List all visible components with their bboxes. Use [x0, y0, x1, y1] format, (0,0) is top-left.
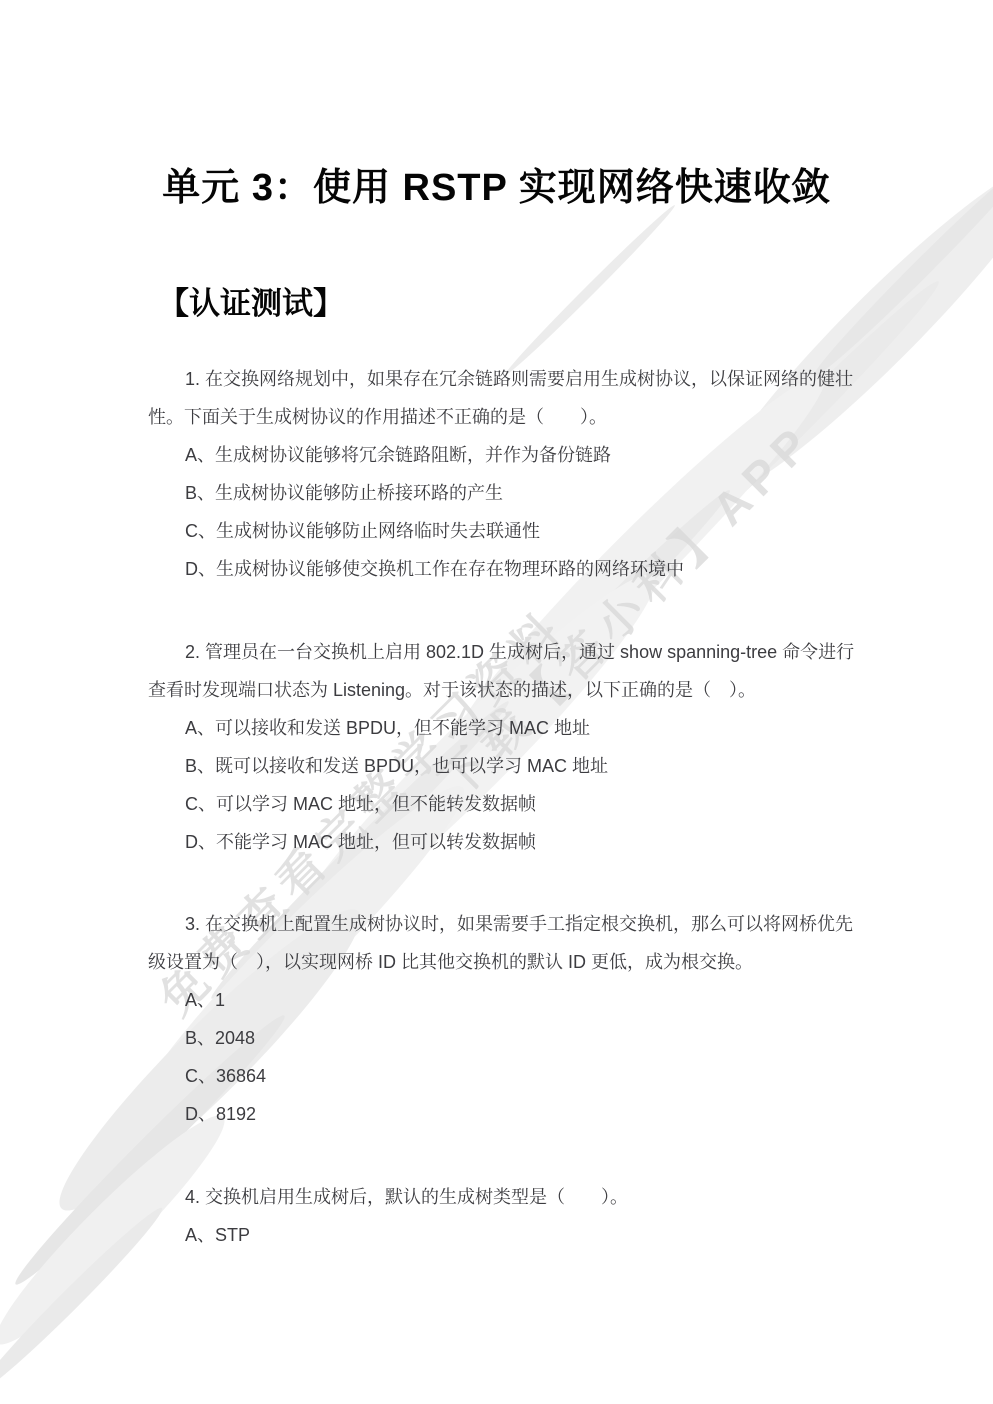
- question-3-option-b: B、2048: [148, 1019, 860, 1057]
- question-1-stem-line-1: 1. 在交换网络规划中，如果存在冗余链路则需要启用生成树协议，以保证网络的健壮: [148, 360, 860, 398]
- question-3-option-a: A、1: [148, 981, 860, 1019]
- page-title: 单元 3：使用 RSTP 实现网络快速收敛: [0, 156, 993, 211]
- question-3: 3. 在交换机上配置生成树协议时，如果需要手工指定根交换机，那么可以将网桥优先 …: [148, 905, 860, 1133]
- question-1-stem-line-2: 性。下面关于生成树协议的作用描述不正确的是（ ）。: [148, 398, 860, 436]
- section-heading: 【认证测试】: [158, 278, 344, 323]
- question-2: 2. 管理员在一台交换机上启用 802.1D 生成树后，通过 show span…: [148, 633, 860, 861]
- question-2-option-d: D、不能学习 MAC 地址，但可以转发数据帧: [148, 823, 860, 861]
- question-2-stem-line-2: 查看时发现端口状态为 Listening。对于该状态的描述，以下正确的是（ ）。: [148, 671, 860, 709]
- question-3-option-d: D、8192: [148, 1095, 860, 1133]
- question-2-option-a: A、可以接收和发送 BPDU，但不能学习 MAC 地址: [148, 709, 860, 747]
- question-3-stem-line-1: 3. 在交换机上配置生成树协议时，如果需要手工指定根交换机，那么可以将网桥优先: [148, 905, 860, 943]
- question-1-option-a: A、生成树协议能够将冗余链路阻断，并作为备份链路: [148, 436, 860, 474]
- brush-streak: [502, 202, 679, 379]
- question-3-option-c: C、36864: [148, 1057, 860, 1095]
- question-4-option-a: A、STP: [148, 1216, 860, 1254]
- question-1: 1. 在交换网络规划中，如果存在冗余链路则需要启用生成树协议，以保证网络的健壮 …: [148, 360, 860, 588]
- question-2-option-b: B、既可以接收和发送 BPDU，也可以学习 MAC 地址: [148, 747, 860, 785]
- question-2-stem-line-1: 2. 管理员在一台交换机上启用 802.1D 生成树后，通过 show span…: [148, 633, 860, 671]
- question-4-stem-line-1: 4. 交换机启用生成树后，默认的生成树类型是（ ）。: [148, 1178, 860, 1216]
- question-1-option-c: C、生成树协议能够防止网络临时失去联通性: [148, 512, 860, 550]
- document-page: 免费查看完整学习资料 下载【答小科】APP 单元 3：使用 RSTP 实现网络快…: [0, 0, 993, 1404]
- question-4: 4. 交换机启用生成树后，默认的生成树类型是（ ）。 A、STP: [148, 1178, 860, 1254]
- question-1-option-b: B、生成树协议能够防止桥接环路的产生: [148, 474, 860, 512]
- question-1-option-d: D、生成树协议能够使交换机工作在存在物理环路的网络环境中: [148, 550, 860, 588]
- question-3-stem-line-2: 级设置为（ ），以实现网桥 ID 比其他交换机的默认 ID 更低，成为根交换。: [148, 943, 860, 981]
- question-2-option-c: C、可以学习 MAC 地址，但不能转发数据帧: [148, 785, 860, 823]
